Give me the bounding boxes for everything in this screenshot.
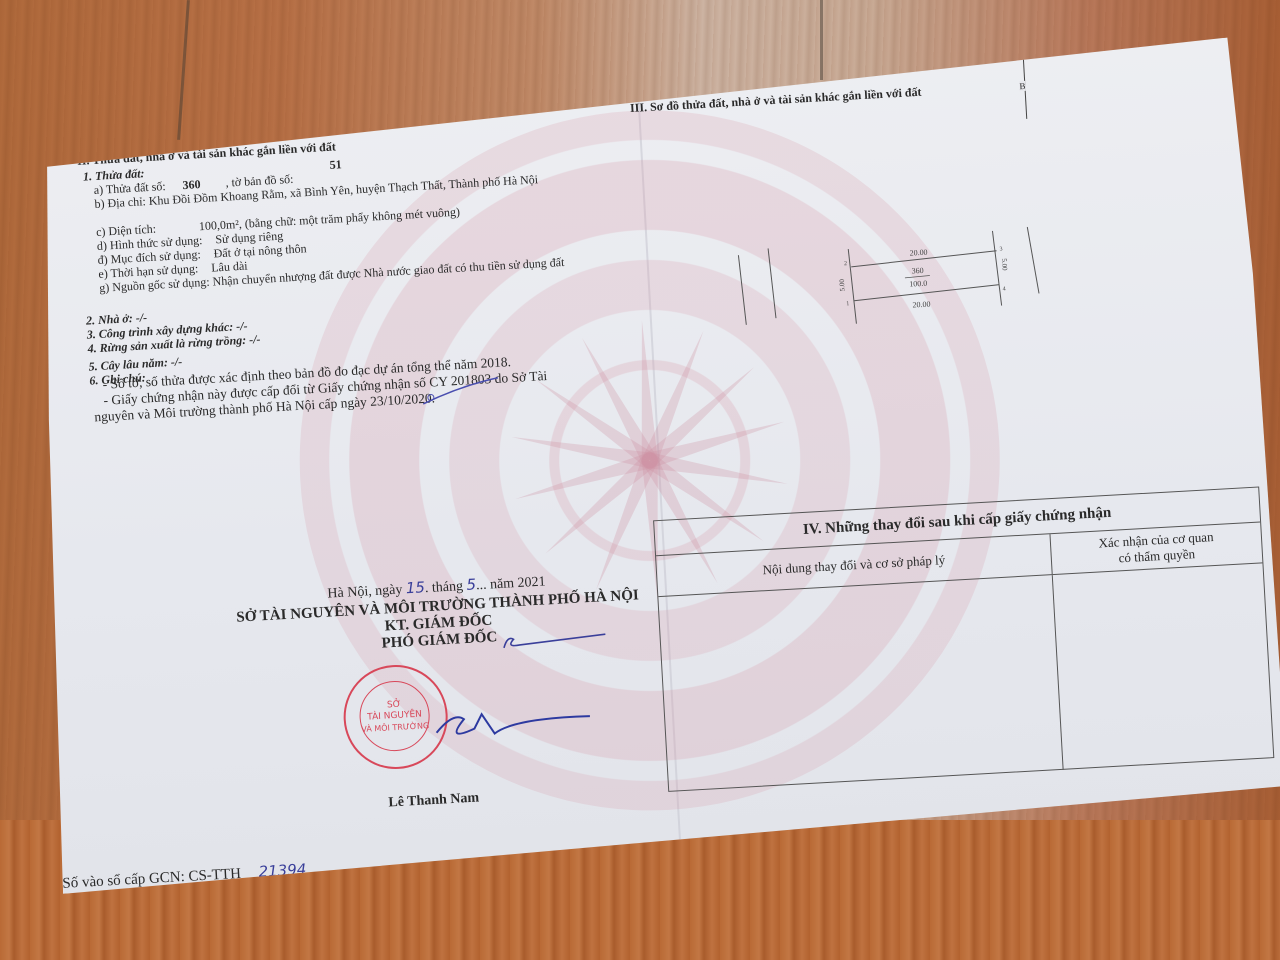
- signer-name: Lê Thanh Nam: [388, 790, 480, 811]
- parcel-number-value: 360: [182, 177, 201, 192]
- svg-text:20.00: 20.00: [912, 300, 930, 310]
- svg-text:1: 1: [846, 301, 849, 307]
- certificate-sheet: II. Thửa đất, nhà ở và tài sản khác gắn …: [19, 36, 1280, 894]
- handwritten-day: 15: [405, 578, 425, 597]
- map-sheet-value: 51: [329, 157, 342, 172]
- parcel-diagram: 20.00 20.00 360 100.0 5.00 5.00 2 1 3 4: [717, 218, 1053, 346]
- svg-text:2: 2: [844, 261, 847, 267]
- svg-text:5.00: 5.00: [838, 278, 847, 291]
- address-label: b) Địa chỉ:: [94, 194, 146, 211]
- svg-text:3: 3: [999, 246, 1002, 252]
- svg-text:4: 4: [1003, 286, 1006, 292]
- table-cell-empty: [1053, 563, 1274, 769]
- initial-mark-icon: [420, 374, 502, 408]
- section3-title: III. Sơ đồ thửa đất, nhà ở và tài sản kh…: [630, 85, 922, 116]
- signature-icon: [433, 694, 596, 753]
- changes-table: IV. Những thay đổi sau khi cấp giấy chứn…: [653, 486, 1274, 791]
- handwritten-month: 5: [466, 575, 477, 594]
- table-cell-empty: [658, 575, 1063, 792]
- floor-seam: [820, 0, 823, 80]
- north-arrow-label: B: [1019, 81, 1026, 91]
- floor-seam: [177, 0, 190, 140]
- svg-text:20.00: 20.00: [909, 248, 927, 258]
- svg-text:100.0: 100.0: [909, 279, 927, 289]
- section2-title: II. Thửa đất, nhà ở và tài sản khác gắn …: [77, 139, 336, 168]
- svg-text:5.00: 5.00: [1000, 258, 1009, 271]
- svg-text:360: 360: [911, 266, 923, 276]
- table-row: [658, 563, 1273, 791]
